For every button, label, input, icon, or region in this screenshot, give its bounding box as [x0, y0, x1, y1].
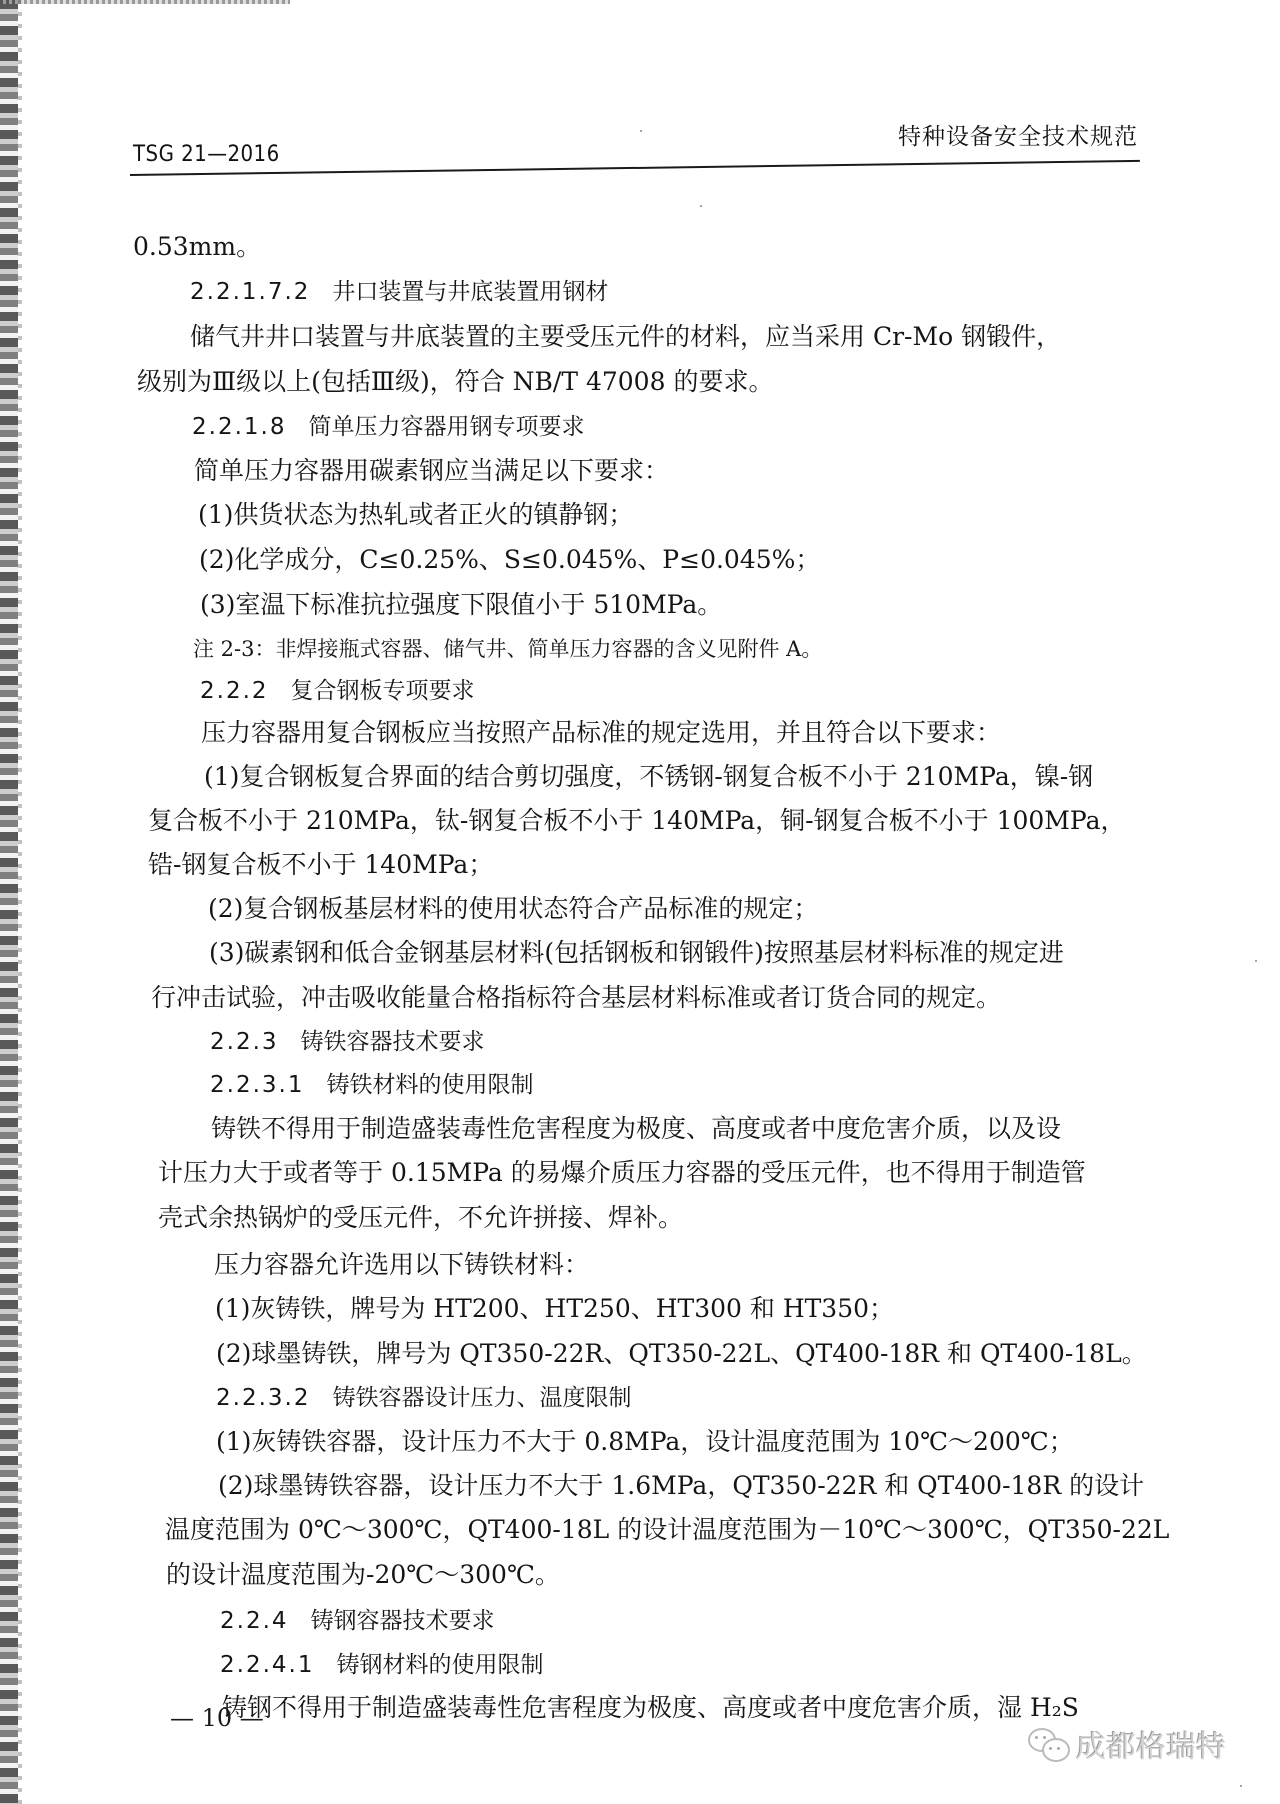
body-line: 铸铁不得用于制造盛装毒性危害程度为极度、高度或者中度危害介质，以及设 — [211, 1114, 1061, 1144]
list-item: (3)碳素钢和低合金钢基层材料(包括钢板和钢锻件)按照基层材料标准的规定进 — [209, 938, 1064, 968]
list-item: (1)供货状态为热轧或者正火的镇静钢； — [198, 500, 633, 530]
section-title: 复合钢板专项要求 — [291, 678, 475, 704]
standard-code: TSG 21—2016 — [133, 142, 280, 167]
section-number: 2.2.4 — [220, 1606, 289, 1636]
section-title: 简单压力容器用钢专项要求 — [308, 414, 584, 440]
section-number: 2.2.2 — [200, 676, 269, 706]
list-item: (1)灰铸铁，牌号为 HT200、HT250、HT300 和 HT350； — [215, 1294, 894, 1324]
body-line: 储气井井口装置与井底装置的主要受压元件的材料，应当采用 Cr-Mo 钢锻件， — [190, 322, 1061, 352]
body-line: 的设计温度范围为-20℃～300℃。 — [166, 1560, 560, 1590]
section-heading-2-2-3: 2.2.3铸铁容器技术要求 — [210, 1027, 485, 1057]
header-divider — [130, 160, 1140, 176]
watermark: 成都格瑞特 — [1028, 1722, 1226, 1766]
body-line: 计压力大于或者等于 0.15MPa 的易爆介质压力容器的受压元件，也不得用于制造… — [158, 1158, 1086, 1188]
body-line: 行冲击试验，冲击吸收能量合格指标符合基层材料标准或者订货合同的规定。 — [151, 983, 1001, 1013]
body-line: 压力容器用复合钢板应当按照产品标准的规定选用，并且符合以下要求： — [201, 718, 1001, 748]
body-line: 级别为Ⅲ级以上(包括Ⅲ级)，符合 NB/T 47008 的要求。 — [137, 367, 773, 397]
section-number: 2.2.3.2 — [216, 1383, 310, 1413]
section-number: 2.2.1.7.2 — [190, 277, 310, 307]
section-number: 2.2.3 — [210, 1027, 279, 1057]
section-heading-2-2-2: 2.2.2复合钢板专项要求 — [200, 676, 475, 706]
list-item: (2)球墨铸铁容器，设计压力不大于 1.6MPa，QT350-22R 和 QT4… — [218, 1471, 1144, 1501]
list-item: (2)化学成分，C≤0.25%、S≤0.045%、P≤0.045%； — [199, 545, 820, 575]
section-title: 井口装置与井底装置用钢材 — [332, 279, 608, 305]
scan-edge-artifact — [0, 0, 18, 1804]
section-heading-2-2-3-1: 2.2.3.1铸铁材料的使用限制 — [210, 1070, 533, 1100]
scan-speck — [700, 205, 702, 207]
body-line: 简单压力容器用碳素钢应当满足以下要求： — [194, 456, 669, 486]
section-title: 铸钢材料的使用限制 — [336, 1652, 543, 1678]
scan-speck — [1255, 960, 1257, 962]
body-line: 0.53mm。 — [133, 232, 261, 262]
body-line: 铸钢不得用于制造盛装毒性危害程度为极度、高度或者中度危害介质，湿 H₂S — [222, 1693, 1079, 1723]
wechat-icon — [1028, 1726, 1070, 1762]
list-item: (1)复合钢板复合界面的结合剪切强度，不锈钢-钢复合板不小于 210MPa，镍-… — [204, 762, 1093, 792]
section-title: 铸钢容器技术要求 — [311, 1608, 495, 1634]
section-heading-2-2-1-7-2: 2.2.1.7.2井口装置与井底装置用钢材 — [190, 277, 608, 307]
body-line: 锆-钢复合板不小于 140MPa； — [148, 850, 493, 880]
list-item: (2)复合钢板基层材料的使用状态符合产品标准的规定； — [208, 894, 818, 924]
scan-speck — [1240, 1785, 1242, 1787]
section-title: 铸铁材料的使用限制 — [326, 1072, 533, 1098]
section-title: 铸铁容器设计压力、温度限制 — [332, 1385, 631, 1411]
scan-speck — [640, 130, 642, 132]
section-title: 铸铁容器技术要求 — [301, 1029, 485, 1055]
watermark-text: 成都格瑞特 — [1076, 1722, 1226, 1766]
scan-top-artifact — [0, 0, 290, 4]
list-item: (2)球墨铸铁，牌号为 QT350-22R、QT350-22L、QT400-18… — [216, 1339, 1147, 1369]
note-2-3: 注 2-3：非焊接瓶式容器、储气井、简单压力容器的含义见附件 A。 — [193, 634, 822, 664]
section-number: 2.2.4.1 — [220, 1650, 314, 1680]
series-title: 特种设备安全技术规范 — [898, 118, 1138, 151]
body-line: 壳式余热锅炉的受压元件，不允许拼接、焊补。 — [158, 1203, 683, 1233]
section-heading-2-2-3-2: 2.2.3.2铸铁容器设计压力、温度限制 — [216, 1383, 631, 1413]
body-line: 压力容器允许选用以下铸铁材料： — [214, 1250, 589, 1280]
section-heading-2-2-4-1: 2.2.4.1铸钢材料的使用限制 — [220, 1650, 543, 1680]
scan-edge-artifact-inner — [18, 0, 22, 1804]
section-number: 2.2.3.1 — [210, 1070, 304, 1100]
page-number: — 10 — — [170, 1704, 264, 1732]
body-line: 复合板不小于 210MPa，钛-钢复合板不小于 140MPa，铜-钢复合板不小于… — [148, 806, 1126, 836]
list-item: (3)室温下标准抗拉强度下限值小于 510MPa。 — [200, 590, 722, 620]
section-number: 2.2.1.8 — [192, 412, 286, 442]
section-heading-2-2-1-8: 2.2.1.8简单压力容器用钢专项要求 — [192, 412, 584, 442]
body-line: 温度范围为 0℃～300℃，QT400-18L 的设计温度范围为－10℃～300… — [165, 1515, 1169, 1545]
list-item: (1)灰铸铁容器，设计压力不大于 0.8MPa，设计温度范围为 10℃～200℃… — [216, 1427, 1074, 1457]
section-heading-2-2-4: 2.2.4铸钢容器技术要求 — [220, 1606, 495, 1636]
